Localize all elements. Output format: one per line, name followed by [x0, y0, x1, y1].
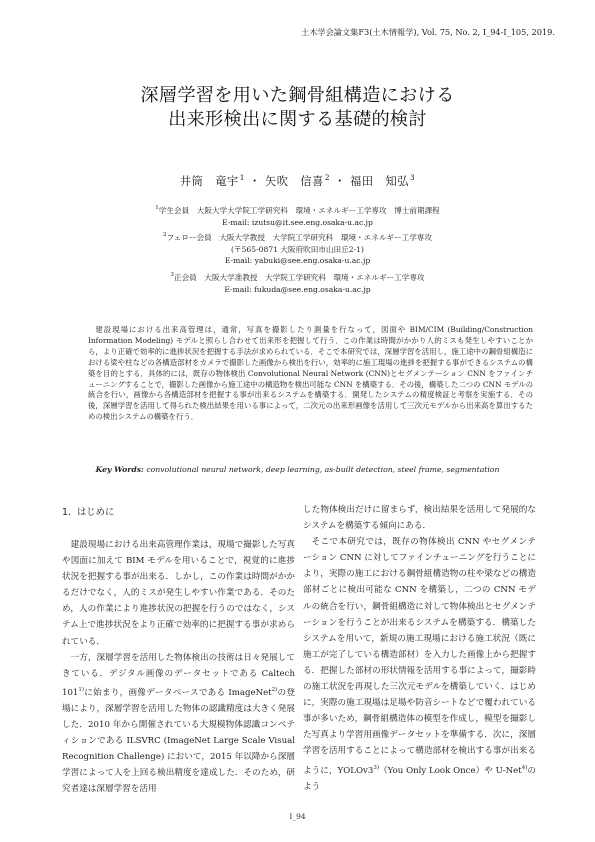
paper-title: 深層学習を用いた鋼骨組構造における 出来形検出に関する基礎的検討 — [0, 84, 595, 132]
affiliation-email: E-mail: fukuda@see.eng.osaka-u.ac.jp — [0, 284, 595, 296]
body-paragraph: そこで本研究では，既存の物体検出 CNN やセグメンテーション CNN に対して… — [303, 534, 536, 795]
affiliation-address: (〒565-0871 大阪府吹田市山田丘2-1) — [0, 244, 595, 256]
author-mark: 1 — [240, 174, 245, 182]
author-name: 井筒 竜宇 — [180, 175, 239, 188]
section-number: 1. — [62, 507, 71, 518]
author-mark: 2 — [325, 174, 330, 182]
affiliation-email: E-mail: yabuki@see.eng.osaka-u.ac.jp — [0, 255, 595, 267]
paragraph-text: （You Only Look Once）や U-Net — [379, 766, 522, 776]
journal-header: 土木学会論文集F3(土木情報学), Vol. 75, No. 2, I_94-I… — [301, 27, 555, 38]
affiliation-1: 1学生会員 大阪大学大学院工学研究科 環境・エネルギー工学専攻 博士前期課程 E… — [0, 203, 595, 228]
affiliation-text: 正会員 大阪大学准教授 大学院工学研究科 環境・エネルギー工学専攻 — [174, 273, 425, 282]
author-mark: 3 — [410, 174, 415, 182]
abstract: 建設現場における出来高管理は，通常，写真を撮影したり測量を行なって，図面や BI… — [88, 325, 533, 423]
keywords-text: convolutional neural network, deep learn… — [146, 465, 499, 474]
title-line-2: 出来形検出に関する基礎的検討 — [0, 108, 595, 132]
author-separator: ・ — [334, 175, 346, 188]
author-name: 福田 知弘 — [350, 175, 409, 188]
paragraph-text: に始まり，画像データベースである ImageNet — [84, 688, 272, 698]
body-paragraph: 一方，深層学習を活用した物体検出の技術は日々発展してきている．デジタル画像のデー… — [62, 650, 295, 798]
affiliation-text: フェロー会員 大阪大学教授 大学院工学研究科 環境・エネルギー工学専攻 — [167, 233, 432, 242]
affiliation-text: 学生会員 大阪大学大学院工学研究科 環境・エネルギー工学専攻 博士前期課程 — [159, 206, 440, 215]
page-number: I_94 — [0, 812, 595, 821]
affiliation-email: E-mail: izutsu@it.see.eng.osaka-u.ac.jp — [0, 217, 595, 229]
affiliation-3: 3正会員 大阪大学准教授 大学院工学研究科 環境・エネルギー工学専攻 E-mai… — [0, 270, 595, 295]
body-column-left: 1. はじめに 建設現場における出来高管理作業は，現場で撮影した写真や図面に加え… — [62, 505, 295, 798]
body-paragraph: した物体検出だけに留まらず，検出結果を活用して発展的なシステムを構築する傾向にあ… — [303, 502, 536, 534]
paragraph-text: の登場により，深層学習を活用した物体の認識精度は大きく発展した．2010 年から… — [62, 688, 295, 795]
body-column-right: した物体検出だけに留まらず，検出結果を活用して発展的なシステムを構築する傾向にあ… — [303, 502, 536, 795]
body-paragraph: 建設現場における出来高管理作業は，現場で撮影した写真や図面に加えて BIM モデ… — [62, 537, 295, 650]
author-name: 矢吹 信喜 — [265, 175, 324, 188]
keywords: Key Words: convolutional neural network,… — [0, 465, 595, 474]
section-title: はじめに — [77, 507, 115, 518]
keywords-label: Key Words: — [96, 465, 144, 474]
section-heading: 1. はじめに — [62, 505, 295, 521]
author-list: 井筒 竜宇1 ・ 矢吹 信喜2 ・ 福田 知弘3 — [0, 173, 595, 189]
paragraph-text: そこで本研究では，既存の物体検出 CNN やセグメンテーション CNN に対して… — [303, 537, 536, 775]
affiliation-2: 2フェロー会員 大阪大学教授 大学院工学研究科 環境・エネルギー工学専攻 (〒5… — [0, 230, 595, 267]
author-separator: ・ — [249, 175, 261, 188]
abstract-text: 建設現場における出来高管理は，通常，写真を撮影したり測量を行なって，図面や BI… — [88, 325, 533, 423]
title-line-1: 深層学習を用いた鋼骨組構造における — [0, 84, 595, 108]
